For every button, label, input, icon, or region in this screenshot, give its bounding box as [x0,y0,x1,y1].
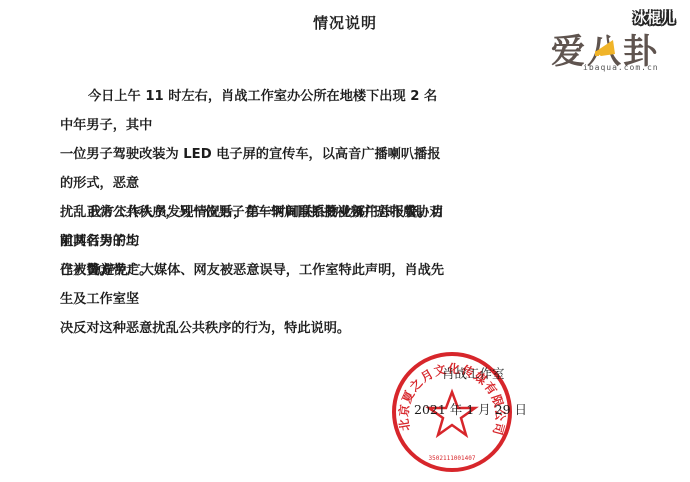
paragraph-line: 决反对这种恶意扰乱公共秩序的行为，特此说明。 [60,314,450,343]
watermark-tag: 冰棍儿 [633,8,675,28]
paragraph-line: 我方工作人员发现情况后，第一时间联系物业部门并报警。目前两名男子均 [60,198,450,256]
megaphone-icon [593,38,619,58]
watermark-logo: 爱八卦 ibaqua.com.cn 冰棍儿 [545,8,685,73]
paragraph-3: 为避免广大媒体、网友被恶意误导，工作室特此声明，肖战先生及工作室坚 决反对这种恶… [60,256,450,343]
paragraph-line: 今日上午 11 时左右，肖战工作室办公所在地楼下出现 2 名中年男子，其中 [60,82,450,140]
paragraph-line: 一位男子驾驶改装为 LED 电子屏的宣传车，以高音广播喇叭播报的形式，恶意 [60,140,450,198]
stamp-serial: 3502111001407 [429,455,476,462]
signature-organization: 肖战工作室 [442,364,505,382]
paragraph-line: 为避免广大媒体、网友被恶意误导，工作室特此声明，肖战先生及工作室坚 [60,256,450,314]
watermark-domain: ibaqua.com.cn [583,63,659,72]
signature-date: 2021 年 1 月 29 日 [414,400,527,418]
